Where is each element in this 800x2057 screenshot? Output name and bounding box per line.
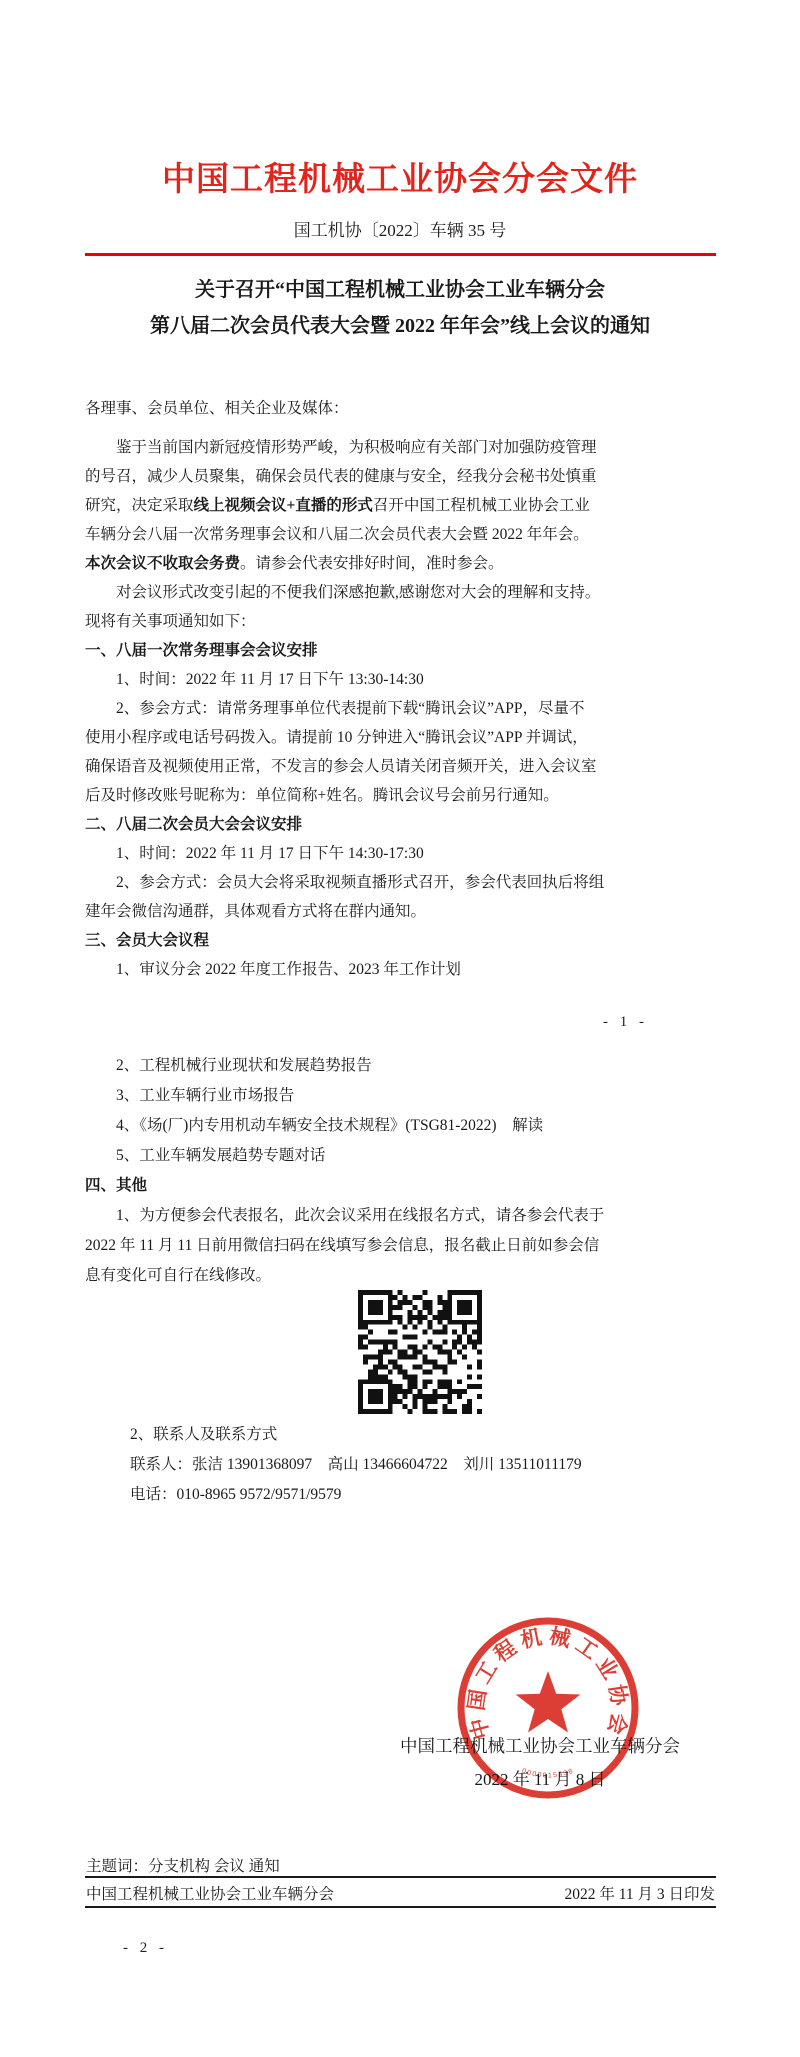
section-3-heading: 三、会员大会议程: [85, 926, 725, 955]
section-1-item: 使用小程序或电话号码拨入。请提前 10 分钟进入“腾讯会议”APP 并调试，: [85, 723, 725, 752]
section-4-heading: 四、其他: [85, 1171, 725, 1201]
section-3-item: 3、工业车辆行业市场报告: [85, 1081, 725, 1111]
document-title-line1: 关于召开“中国工程机械工业协会工业车辆分会: [0, 272, 800, 308]
body-segment: 。请参会代表安排好时间，准时参会。: [240, 555, 504, 572]
qr-code: [358, 1290, 482, 1414]
section-2-item: 2、参会方式：会员大会将采取视频直播形式召开，参会代表回执后将组: [85, 868, 725, 897]
body-segment: 召开中国工程机械工业协会工业: [373, 497, 590, 514]
body-line: 鉴于当前国内新冠疫情形势严峻，为积极响应有关部门对加强防疫管理: [85, 433, 725, 462]
page-number-1: - 1 -: [603, 1014, 648, 1031]
section-4-item: 1、为方便参会代表报名，此次会议采用在线报名方式，请各参会代表于: [85, 1201, 725, 1231]
section-3-item: 5、工业车辆发展趋势专题对话: [85, 1141, 725, 1171]
section-3-item: 2、工程机械行业现状和发展趋势报告: [85, 1051, 725, 1081]
document-title: 关于召开“中国工程机械工业协会工业车辆分会 第八届二次会员代表大会暨 2022 …: [0, 272, 800, 344]
body-line: 现将有关事项通知如下：: [85, 607, 725, 636]
section-3-item: 4、《场(厂)内专用机动车辆安全技术规程》(TSG81-2022) 解读: [85, 1111, 725, 1141]
footer-print-date: 2022 年 11 月 3 日印发: [564, 1882, 715, 1904]
section-4-item: 2、联系人及联系方式: [85, 1420, 725, 1450]
body-line: 的号召，减少人员聚集，确保会员代表的健康与安全，经我分会秘书处慎重: [85, 462, 725, 491]
section-3-item: 1、审议分会 2022 年度工作报告、2023 年工作计划: [85, 955, 725, 984]
contact-phone: 电话：010-8965 9572/9571/9579: [85, 1480, 725, 1510]
official-document-page: 中国工程机械工业协会分会文件 国工机协〔2022〕车辆 35 号 关于召开“中国…: [0, 0, 800, 2057]
section-1-item: 后及时修改账号昵称为：单位简称+姓名。腾讯会议号会前另行通知。: [85, 781, 725, 810]
page-number-2: - 2 -: [123, 1940, 168, 1957]
section-2-item: 1、时间：2022 年 11 月 17 日下午 14:30-17:30: [85, 839, 725, 868]
footer-rule-bottom: [85, 1906, 716, 1908]
section-1-item: 1、时间：2022 年 11 月 17 日下午 13:30-14:30: [85, 665, 725, 694]
body-segment: 研究，决定采取: [85, 497, 194, 514]
seal-star-icon: [516, 1671, 581, 1733]
document-title-line2: 第八届二次会员代表大会暨 2022 年年会”线上会议的通知: [0, 308, 800, 344]
footer-rule-top: [85, 1876, 716, 1878]
body-line: 对会议形式改变引起的不便我们深感抱歉,感谢您对大会的理解和支持。: [85, 578, 725, 607]
section-1-item: 2、参会方式：请常务理事单位代表提前下载“腾讯会议”APP，尽量不: [85, 694, 725, 723]
red-divider-rule: [85, 253, 716, 256]
footer-keywords: 主题词：分支机构 会议 通知: [86, 1854, 716, 1876]
official-red-seal: 中国工程机械工业协会 0000015438: [452, 1616, 644, 1802]
body-text-page1: 鉴于当前国内新冠疫情形势严峻，为积极响应有关部门对加强防疫管理 的号召，减少人员…: [85, 433, 725, 984]
contact-block: 2、联系人及联系方式 联系人：张洁 13901368097 高山 1346660…: [85, 1420, 725, 1510]
section-1-item: 确保语音及视频使用正常，不发言的参会人员请关闭音频开关，进入会议室: [85, 752, 725, 781]
body-line: 研究，决定采取线上视频会议+直播的形式召开中国工程机械工业协会工业: [85, 491, 725, 520]
salutation: 各理事、会员单位、相关企业及媒体：: [85, 396, 717, 418]
seal-serial-number: 0000015438: [521, 1768, 575, 1780]
svg-text:0000015438: 0000015438: [521, 1768, 575, 1780]
footer-issuing-org: 中国工程机械工业协会工业车辆分会: [86, 1882, 334, 1904]
letterhead-title: 中国工程机械工业协会分会文件: [0, 153, 800, 200]
section-1-heading: 一、八届一次常务理事会会议安排: [85, 636, 725, 665]
body-line: 车辆分会八届一次常务理事会议和八届二次会员代表大会暨 2022 年年会。: [85, 520, 725, 549]
section-2-item: 建年会微信沟通群，具体观看方式将在群内通知。: [85, 897, 725, 926]
footer-row: 中国工程机械工业协会工业车辆分会 2022 年 11 月 3 日印发: [86, 1882, 715, 1904]
section-2-heading: 二、八届二次会员大会会议安排: [85, 810, 725, 839]
section-4-item: 2022 年 11 月 11 日前用微信扫码在线填写参会信息，报名截止日前如参会…: [85, 1231, 725, 1261]
body-segment-bold: 本次会议不收取会务费: [85, 555, 240, 572]
body-line: 本次会议不收取会务费。请参会代表安排好时间，准时参会。: [85, 549, 725, 578]
body-segment-bold: 线上视频会议+直播的形式: [194, 497, 373, 514]
section-4-item: 息有变化可自行在线修改。: [85, 1261, 725, 1291]
document-number: 国工机协〔2022〕车辆 35 号: [0, 216, 800, 241]
contact-people: 联系人：张洁 13901368097 高山 13466604722 刘川 135…: [85, 1450, 725, 1480]
qr-code-image: [358, 1290, 482, 1414]
body-text-page2: 2、工程机械行业现状和发展趋势报告 3、工业车辆行业市场报告 4、《场(厂)内专…: [85, 1051, 725, 1291]
